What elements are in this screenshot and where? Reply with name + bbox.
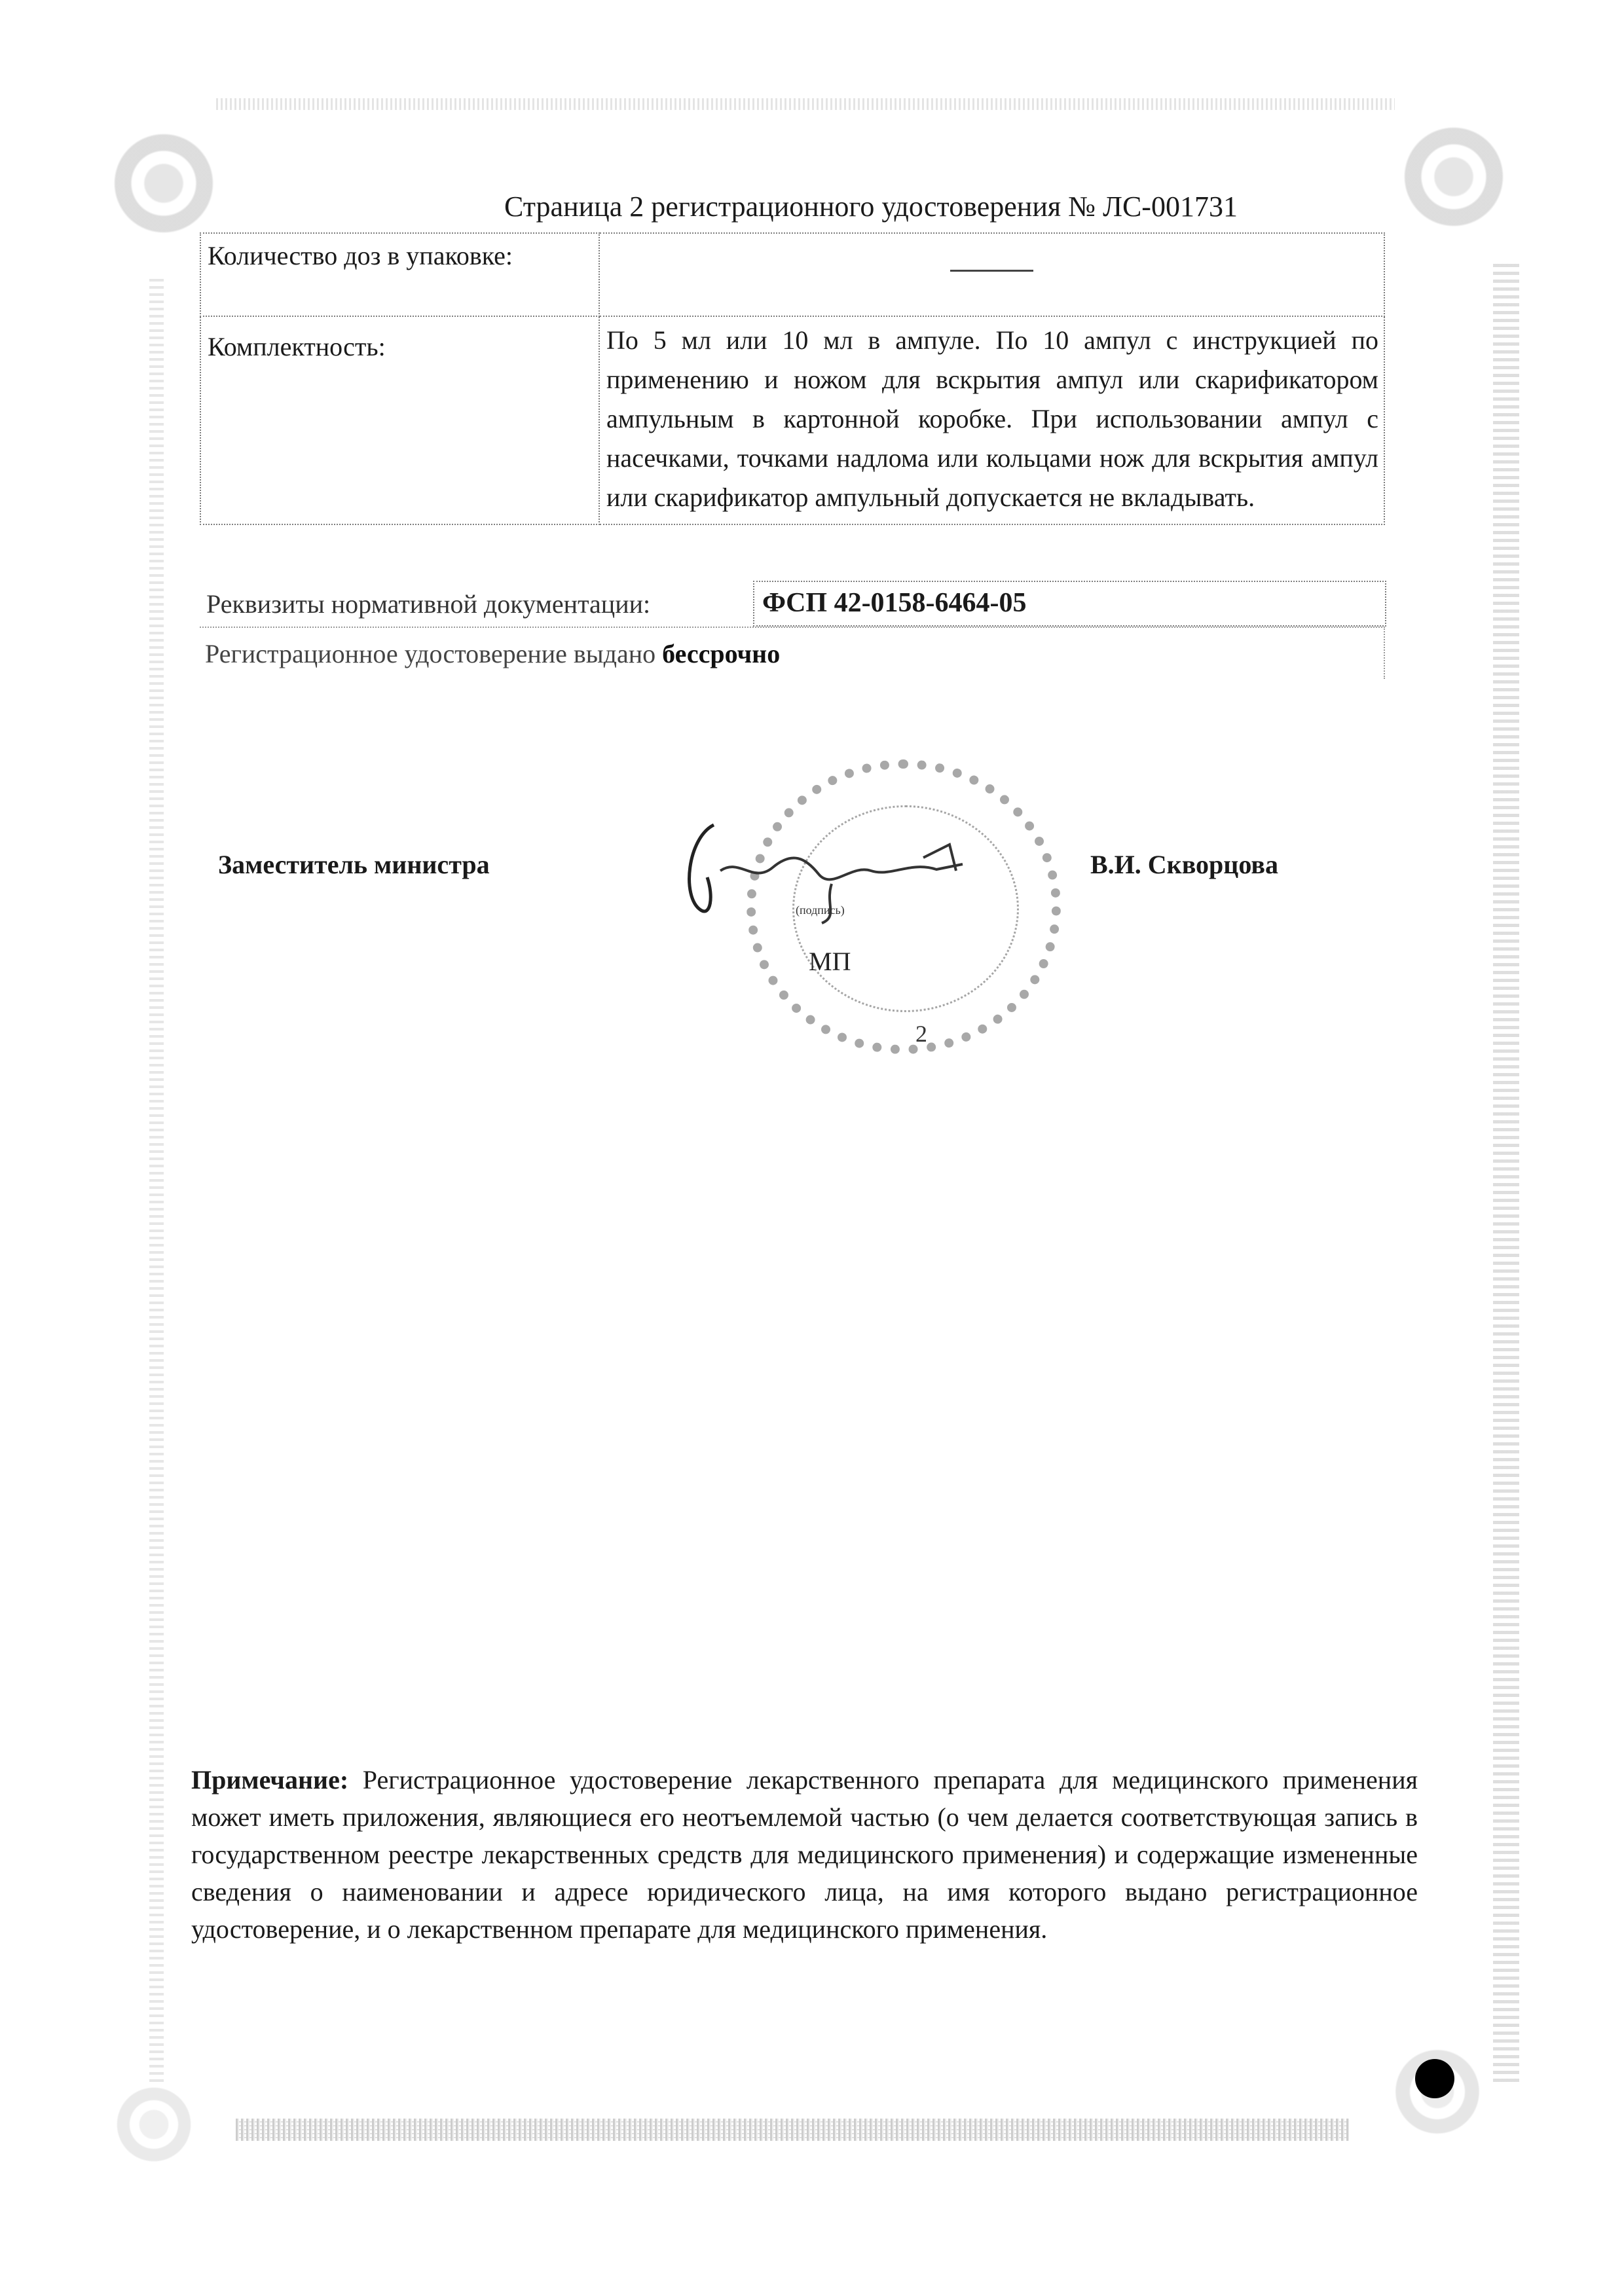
handwritten-signature-icon bbox=[674, 799, 1015, 930]
validity-statement: Регистрационное удостоверение выдано бес… bbox=[205, 638, 780, 669]
decorative-border-left bbox=[149, 275, 164, 2082]
corner-ornament-icon bbox=[1388, 111, 1519, 242]
table-row: Комплектность: По 5 мл или 10 мл в ампул… bbox=[200, 316, 1384, 524]
row-value bbox=[599, 233, 1384, 316]
stamp-mp-label: МП bbox=[809, 946, 851, 977]
row-label: Комплектность: bbox=[200, 316, 599, 524]
black-dot-mark bbox=[1415, 2059, 1454, 2098]
row-label: Реквизиты нормативной документации: bbox=[206, 589, 650, 619]
table-row: Количество доз в упаковке: bbox=[200, 233, 1384, 316]
signatory-title: Заместитель министра bbox=[218, 849, 490, 880]
row-label: Количество доз в упаковке: bbox=[200, 233, 599, 316]
row-value: ФСП 42-0158-6464-05 bbox=[762, 587, 1027, 619]
note-text: Регистрационное удостоверение лекарствен… bbox=[191, 1765, 1418, 1944]
page-header: Страница 2 регистрационного удостоверени… bbox=[504, 190, 1238, 223]
decorative-border-bottom bbox=[236, 2119, 1349, 2141]
corner-ornament-icon bbox=[105, 2075, 203, 2174]
note-label: Примечание: bbox=[191, 1765, 348, 1795]
signatory-name: В.И. Скворцова bbox=[1090, 849, 1278, 880]
decorative-border-right bbox=[1493, 262, 1519, 2082]
table-row: Реквизиты нормативной документации: ФСП … bbox=[200, 581, 1385, 625]
decorative-border-top bbox=[216, 98, 1395, 110]
note-paragraph: Примечание: Регистрационное удостоверени… bbox=[191, 1761, 1418, 1948]
registration-details-table: Количество доз в упаковке: Комплектность… bbox=[200, 232, 1385, 525]
row-value-cell: ФСП 42-0158-6464-05 bbox=[753, 581, 1386, 627]
divider bbox=[1384, 627, 1385, 679]
stamp-number: 2 bbox=[915, 1020, 927, 1048]
divider bbox=[200, 627, 1385, 628]
validity-prefix: Регистрационное удостоверение выдано bbox=[205, 639, 655, 668]
row-value: По 5 мл или 10 мл в ампуле. По 10 ампул … bbox=[599, 316, 1384, 524]
validity-term: бессрочно bbox=[662, 639, 780, 668]
empty-value-dash bbox=[950, 270, 1033, 272]
corner-ornament-icon bbox=[98, 118, 229, 249]
